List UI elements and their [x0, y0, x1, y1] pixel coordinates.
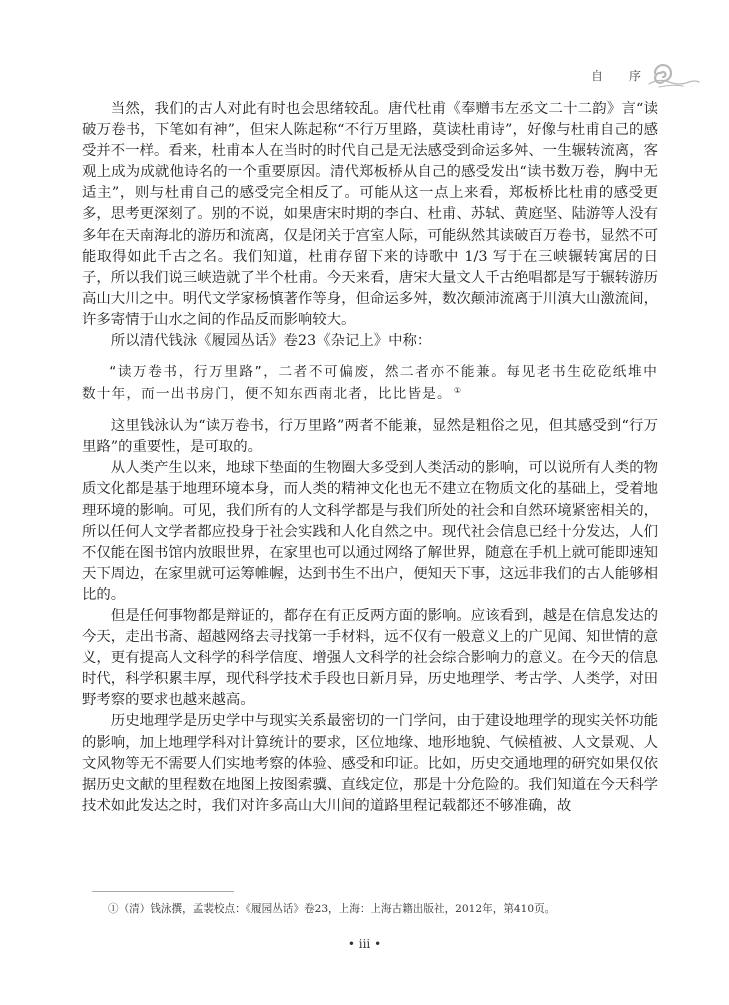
main-text: 当然，我们的古人对此有时也会思绪较乱。唐代杜甫《奉赠韦左丞文二十二韵》言“读破万… [82, 99, 658, 817]
paragraph: 历史地理学是历史学中与现实关系最密切的一门学问，由于建设地理学的现实关怀功能的影… [82, 711, 658, 816]
footnote-divider [92, 891, 234, 892]
paragraph: 当然，我们的古人对此有时也会思绪较乱。唐代杜甫《奉赠韦左丞文二十二韵》言“读破万… [82, 99, 658, 331]
paragraph: 但是任何事物都是辩证的，都存在有正反两方面的影响。应该看到，越是在信息发达的今天… [82, 606, 658, 711]
paragraph: 所以清代钱泳《履园丛话》卷23《杂记上》中称： [82, 331, 658, 352]
footnote: ①（清）钱泳撰，孟裴校点：《履园丛话》卷23，上海：上海古籍出版社，2012年，… [108, 902, 668, 916]
paragraph: 从人类产生以来，地球下垫面的生物圈大多受到人类活动的影响，可以说所有人类的物质文… [82, 458, 658, 606]
quote-text: “读万卷书，行万里路”，二者不可偏废，然二者亦不能兼。每见老书生矻矻纸堆中数十年… [82, 364, 658, 402]
page-number: • iii • [0, 937, 729, 951]
running-header: 自 序 [591, 60, 701, 90]
wave-swirl-ornament-icon [645, 60, 701, 90]
footnote-marker[interactable]: ① [454, 386, 462, 395]
chapter-title-char: 序 [629, 67, 641, 84]
chapter-title: 自 序 [591, 67, 641, 84]
paragraph: 这里钱泳认为“读万卷书，行万里路”两者不能兼，显然是粗俗之见，但其感受到“行万里… [82, 416, 658, 458]
chapter-title-char: 自 [591, 67, 603, 84]
block-quote: “读万卷书，行万里路”，二者不可偏废，然二者亦不能兼。每见老书生矻矻纸堆中数十年… [82, 361, 658, 405]
